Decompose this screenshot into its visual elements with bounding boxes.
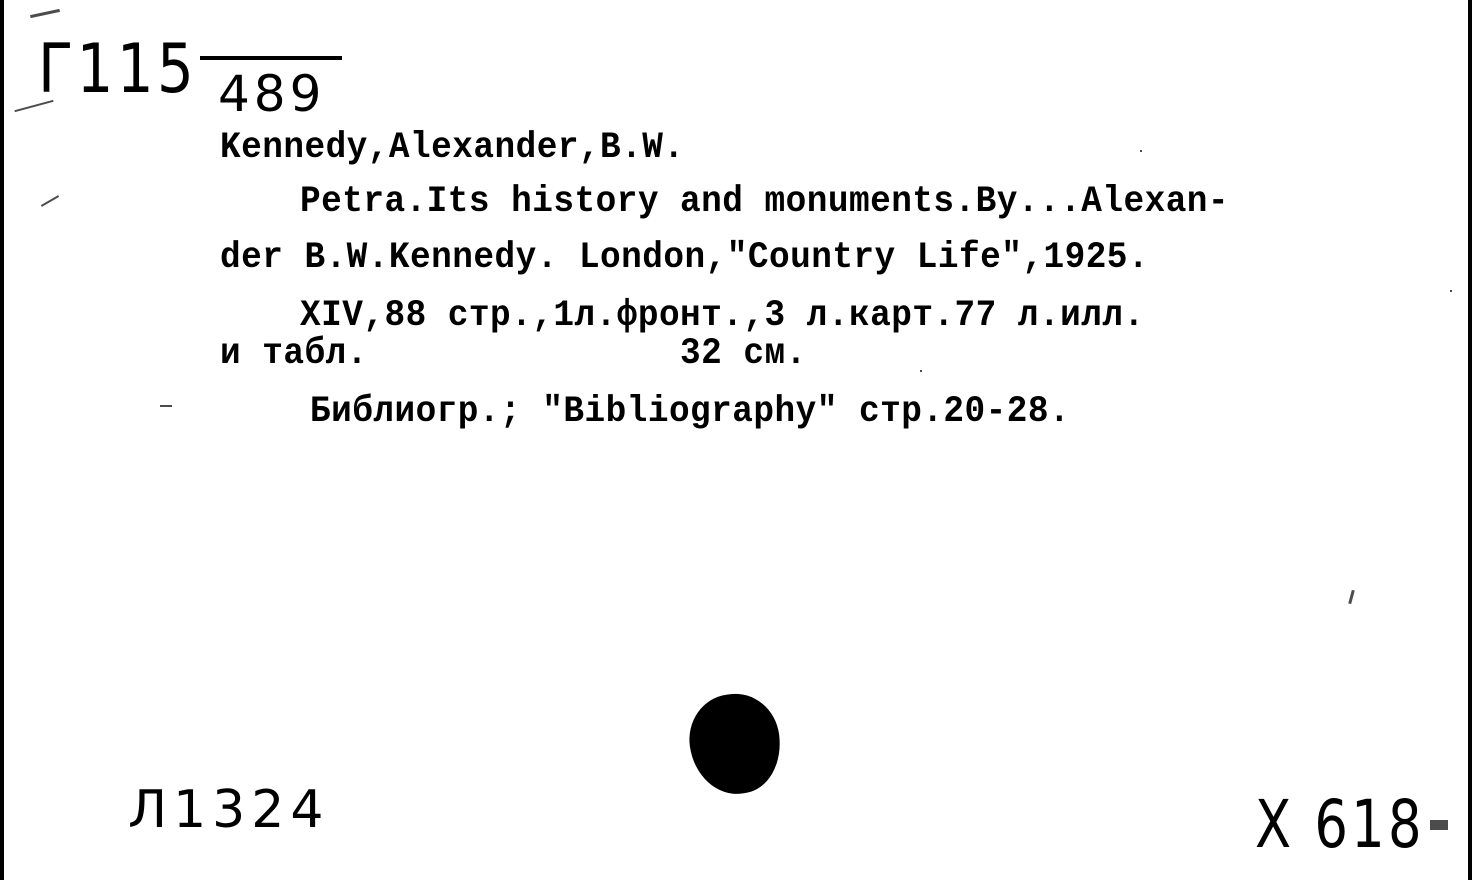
- card-right-edge: [1468, 0, 1472, 880]
- author-heading: Kennedy,Alexander,B.W.: [220, 128, 685, 168]
- call-number-fraction-bar: [200, 56, 342, 60]
- inventory-number: Л1324: [128, 780, 329, 840]
- collation-line-1: XIV,88 стр.,1л.фронт.,3 л.карт.77 л.илл.: [300, 296, 1145, 336]
- scan-speck: [1450, 290, 1452, 292]
- title-line-2: der B.W.Kennedy. London,"Country Life",1…: [220, 238, 1149, 278]
- catalog-card: Г115 489 Kennedy,Alexander,B.W. Petra.It…: [0, 0, 1472, 880]
- punch-hole: [683, 688, 786, 800]
- scan-speck: [30, 9, 60, 18]
- bibliography-note: Библиогр.; "Bibliography" стр.20-28.: [310, 392, 1070, 432]
- scan-speck: [41, 195, 59, 207]
- size-note: 32 см.: [680, 334, 807, 374]
- call-number-class-mark: Г115: [38, 36, 197, 104]
- title-line-1: Petra.Its history and monuments.By...Ale…: [300, 182, 1229, 222]
- scan-speck: [1348, 590, 1355, 604]
- collation-line-2: и табл.: [220, 334, 368, 374]
- card-left-edge: [0, 0, 4, 880]
- scan-speck: [1140, 150, 1142, 152]
- scan-speck: [1430, 820, 1448, 830]
- scan-speck: [160, 405, 172, 407]
- call-number-item: 489: [218, 68, 325, 120]
- scan-speck: [920, 370, 922, 372]
- shelf-number: Х 618: [1255, 785, 1425, 865]
